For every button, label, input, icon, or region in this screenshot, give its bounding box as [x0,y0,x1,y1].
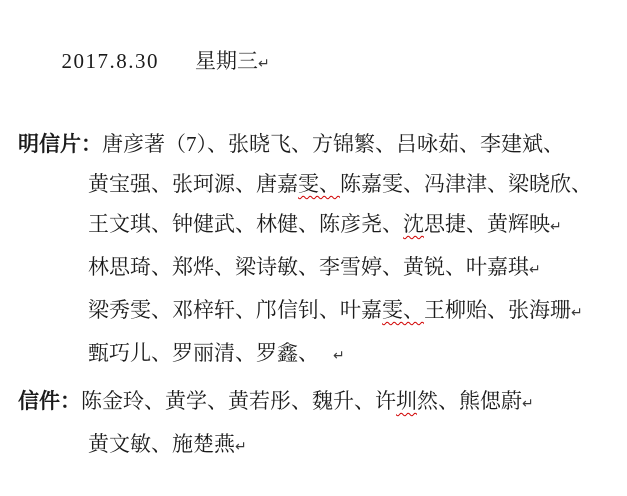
name-list-text: 然、熊偲蔚 [417,389,522,413]
name-list-text: 思捷、黄辉映 [424,212,550,236]
postcards-label: 明信片： [18,132,102,156]
name-list-text: 陈金玲、黄学、黄若彤、魏升、许 [81,389,396,413]
paragraphs: 明信片：唐彦著（7）、张晓飞、方锦繁、吕咏茹、李建斌、黄宝强、张珂源、唐嘉雯、陈… [18,124,627,467]
line-break-mark: ↵ [571,305,583,321]
text-line: 梁秀雯、邓梓轩、邝信钊、叶嘉雯、王柳贻、张海珊↵ [18,290,627,333]
name-list-text: 甄巧儿、罗丽清、罗鑫、 [88,341,319,365]
text-line: 甄巧儿、罗丽清、罗鑫、↵ [18,333,627,376]
name-list-text: 陈嘉雯、冯津津、梁晓欣、 [340,172,592,196]
line-break-mark: ↵ [529,262,541,278]
misspelled-name-text: 圳 [396,389,417,413]
misspelled-name-text: 雯、 [298,172,340,196]
name-list-text: 林思琦、郑烨、梁诗敏、李雪婷、黄锐、叶嘉琪 [88,255,529,279]
text-line: 黄宝强、张珂源、唐嘉雯、陈嘉雯、冯津津、梁晓欣、 [18,164,627,204]
text-line: 林思琦、郑烨、梁诗敏、李雪婷、黄锐、叶嘉琪↵ [18,247,627,290]
name-list-text: 唐彦著（7）、张晓飞、方锦繁、吕咏茹、李建斌、 [102,132,564,156]
weekday-text: 星期三 [195,49,258,73]
name-list-text: 王柳贻、张海珊 [424,298,571,322]
paragraph-postcards: 明信片：唐彦著（7）、张晓飞、方锦繁、吕咏茹、李建斌、黄宝强、张珂源、唐嘉雯、陈… [18,124,627,376]
line-break-mark: ↵ [258,56,270,72]
line-break-mark: ↵ [235,439,247,455]
document-body: 2017.8.30星期三↵ 明信片：唐彦著（7）、张晓飞、方锦繁、吕咏茹、李建斌… [0,0,627,467]
date-text: 2017.8.30 [62,49,160,73]
letters-label: 信件： [18,389,81,413]
line-break-mark: ↵ [333,348,345,364]
misspelled-name-text: 沈 [403,212,424,236]
name-list-text: 梁秀雯、邓梓轩、邝信钊、叶嘉 [88,298,382,322]
text-line: 黄文敏、施楚燕↵ [18,424,627,467]
name-list-text: 黄文敏、施楚燕 [88,432,235,456]
name-list-text: 黄宝强、张珂源、唐嘉 [88,172,298,196]
text-line: 明信片：唐彦著（7）、张晓飞、方锦繁、吕咏茹、李建斌、 [18,124,627,164]
name-list-text: 王文琪、钟健武、林健、陈彦尧、 [88,212,403,236]
text-line: 王文琪、钟健武、林健、陈彦尧、沈思捷、黄辉映↵ [18,204,627,247]
document-page: 2017.8.30星期三↵ 明信片：唐彦著（7）、张晓飞、方锦繁、吕咏茹、李建斌… [0,0,627,496]
text-line: 信件：陈金玲、黄学、黄若彤、魏升、许圳然、熊偲蔚↵ [18,381,627,424]
line-break-mark: ↵ [522,396,534,412]
paragraph-letters: 信件：陈金玲、黄学、黄若彤、魏升、许圳然、熊偲蔚↵黄文敏、施楚燕↵ [18,381,627,467]
misspelled-name-text: 雯、 [382,298,424,322]
line-break-mark: ↵ [550,219,562,235]
date-line: 2017.8.30星期三↵ [18,1,627,124]
